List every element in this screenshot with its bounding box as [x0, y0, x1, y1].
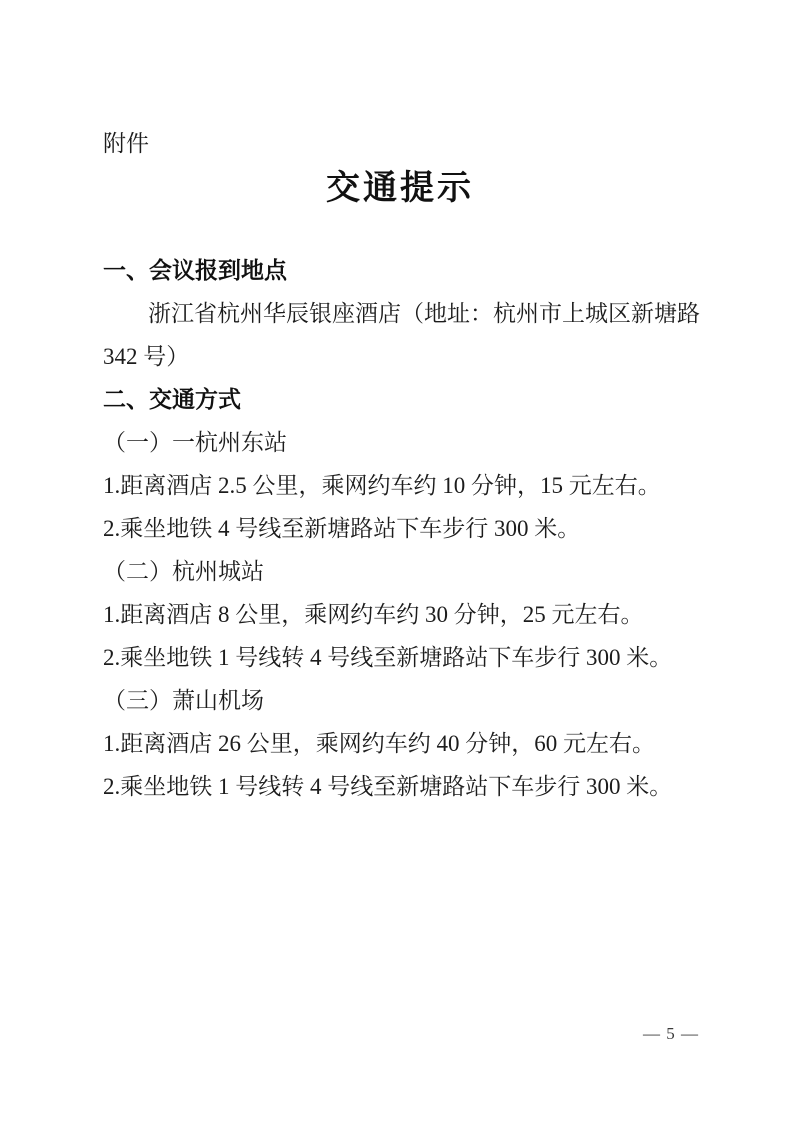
- document-page: 附件 交通提示 一、会议报到地点 浙江省杭州华辰银座酒店（地址：杭州市上城区新塘…: [0, 0, 800, 1131]
- page-title: 交通提示: [0, 160, 800, 209]
- transport-item: 1.距离酒店 2.5 公里，乘网约车约 10 分钟，15 元左右。: [103, 464, 700, 507]
- transport-item: 2.乘坐地铁 4 号线至新塘路站下车步行 300 米。: [103, 507, 700, 550]
- transport-item: 1.距离酒店 8 公里，乘网约车约 30 分钟，25 元左右。: [103, 593, 700, 636]
- transport-item: 1.距离酒店 26 公里，乘网约车约 40 分钟，60 元左右。: [103, 722, 700, 765]
- page-number: — 5 —: [643, 1024, 699, 1044]
- document-body: 一、会议报到地点 浙江省杭州华辰银座酒店（地址：杭州市上城区新塘路 342 号）…: [103, 249, 700, 808]
- transport-item: 2.乘坐地铁 1 号线转 4 号线至新塘路站下车步行 300 米。: [103, 636, 700, 679]
- subsection-heading-hangzhou-east-station: （一）一杭州东站: [103, 421, 700, 464]
- section-heading-transport-methods: 二、交通方式: [103, 378, 700, 421]
- transport-item: 2.乘坐地铁 1 号线转 4 号线至新塘路站下车步行 300 米。: [103, 765, 700, 808]
- subsection-heading-hangzhou-city-station: （二）杭州城站: [103, 550, 700, 593]
- hotel-address-paragraph: 浙江省杭州华辰银座酒店（地址：杭州市上城区新塘路 342 号）: [103, 292, 700, 378]
- attachment-label: 附件: [103, 129, 149, 159]
- subsection-heading-xiaoshan-airport: （三）萧山机场: [103, 679, 700, 722]
- section-heading-meeting-location: 一、会议报到地点: [103, 249, 700, 292]
